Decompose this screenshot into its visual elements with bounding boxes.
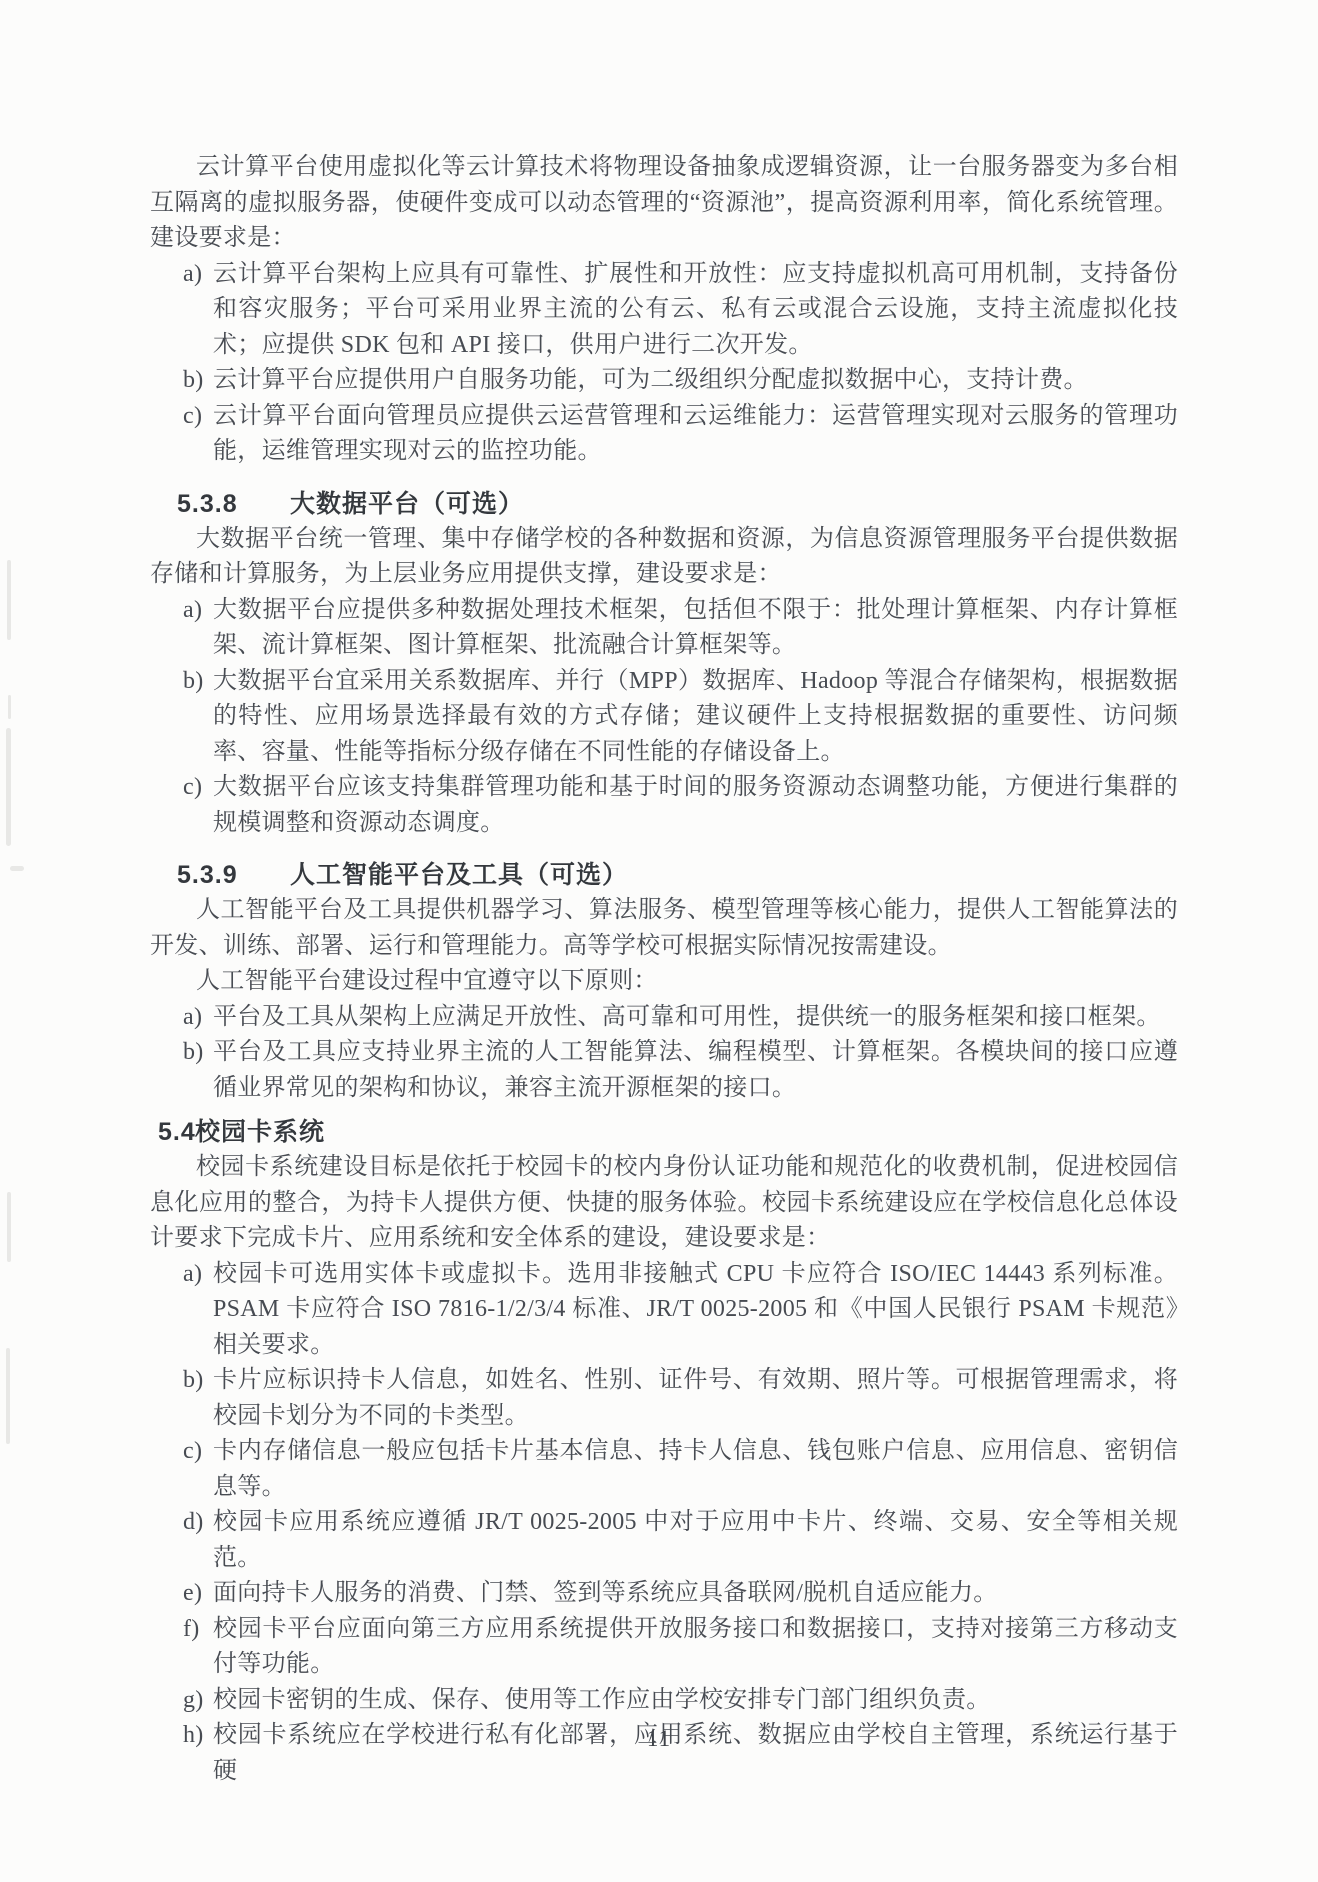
item-text: 平台及工具应支持业界主流的人工智能算法、编程模型、计算框架。各模块间的接口应遵循… [213, 1035, 1178, 1106]
list-item: d) 校园卡应用系统应遵循 JR/T 0025-2005 中对于应用中卡片、终端… [183, 1505, 1178, 1576]
heading-title: 大数据平台（可选） [290, 490, 524, 518]
item-text: 云计算平台应提供用户自服务功能，可为二级组织分配虚拟数据中心，支持计费。 [213, 363, 1178, 399]
item-text: 卡内存储信息一般应包括卡片基本信息、持卡人信息、钱包账户信息、应用信息、密钥信息… [213, 1434, 1178, 1505]
page-number: 11 [0, 1726, 1318, 1752]
heading-title: 校园卡系统 [195, 1118, 325, 1146]
list-card-requirements: a) 校园卡可选用实体卡或虚拟卡。选用非接触式 CPU 卡应符合 ISO/IEC… [150, 1257, 1178, 1790]
list-item: a) 云计算平台架构上应具有可靠性、扩展性和开放性：应支持虚拟机高可用机制，支持… [183, 257, 1178, 364]
scan-artifact [7, 1192, 11, 1262]
document-page: 云计算平台使用虚拟化等云计算技术将物理设备抽象成逻辑资源，让一台服务器变为多台相… [0, 0, 1318, 1882]
list-item: f) 校园卡平台应面向第三方应用系统提供开放服务接口和数据接口，支持对接第三方移… [183, 1612, 1178, 1683]
list-item: b) 卡片应标识持卡人信息，如姓名、性别、证件号、有效期、照片等。可根据管理需求… [183, 1363, 1178, 1434]
item-text: 云计算平台面向管理员应提供云运营管理和云运维能力：运营管理实现对云服务的管理功能… [213, 399, 1178, 470]
item-text: 面向持卡人服务的消费、门禁、签到等系统应具备联网/脱机自适应能力。 [213, 1576, 1178, 1612]
item-label: a) [183, 1000, 213, 1036]
scan-artifact [10, 866, 24, 871]
item-label: f) [183, 1612, 213, 1683]
list-item: c) 云计算平台面向管理员应提供云运营管理和云运维能力：运营管理实现对云服务的管… [183, 399, 1178, 470]
list-ai-principles: a) 平台及工具从架构上应满足开放性、高可靠和可用性，提供统一的服务框架和接口框… [150, 1000, 1178, 1107]
heading-5-4: 5.4校园卡系统 [150, 1114, 1178, 1150]
paragraph-cloud-intro: 云计算平台使用虚拟化等云计算技术将物理设备抽象成逻辑资源，让一台服务器变为多台相… [150, 150, 1178, 257]
heading-number: 5.3.9 [177, 857, 290, 893]
item-text: 校园卡平台应面向第三方应用系统提供开放服务接口和数据接口，支持对接第三方移动支付… [213, 1612, 1178, 1683]
paragraph-ai-intro: 人工智能平台及工具提供机器学习、算法服务、模型管理等核心能力，提供人工智能算法的… [150, 893, 1178, 964]
list-item: e) 面向持卡人服务的消费、门禁、签到等系统应具备联网/脱机自适应能力。 [183, 1576, 1178, 1612]
list-item: a) 校园卡可选用实体卡或虚拟卡。选用非接触式 CPU 卡应符合 ISO/IEC… [183, 1257, 1178, 1364]
item-label: e) [183, 1576, 213, 1612]
paragraph-ai-principles-lead: 人工智能平台建设过程中宜遵守以下原则： [150, 964, 1178, 1000]
list-item: c) 大数据平台应该支持集群管理功能和基于时间的服务资源动态调整功能，方便进行集… [183, 770, 1178, 841]
item-label: d) [183, 1505, 213, 1576]
list-item: c) 卡内存储信息一般应包括卡片基本信息、持卡人信息、钱包账户信息、应用信息、密… [183, 1434, 1178, 1505]
item-text: 校园卡可选用实体卡或虚拟卡。选用非接触式 CPU 卡应符合 ISO/IEC 14… [213, 1257, 1178, 1364]
scan-artifact [6, 1348, 10, 1444]
heading-5-3-8: 5.3.8大数据平台（可选） [150, 486, 1178, 522]
item-label: b) [183, 1363, 213, 1434]
item-label: g) [183, 1683, 213, 1719]
item-label: b) [183, 664, 213, 771]
item-text: 卡片应标识持卡人信息，如姓名、性别、证件号、有效期、照片等。可根据管理需求，将校… [213, 1363, 1178, 1434]
item-label: c) [183, 399, 213, 470]
item-label: b) [183, 1035, 213, 1106]
heading-title: 人工智能平台及工具（可选） [290, 861, 628, 889]
item-label: a) [183, 593, 213, 664]
item-label: c) [183, 1434, 213, 1505]
document-body: 云计算平台使用虚拟化等云计算技术将物理设备抽象成逻辑资源，让一台服务器变为多台相… [150, 150, 1178, 1789]
item-text: 大数据平台宜采用关系数据库、并行（MPP）数据库、Hadoop 等混合存储架构，… [213, 664, 1178, 771]
item-text: 平台及工具从架构上应满足开放性、高可靠和可用性，提供统一的服务框架和接口框架。 [213, 1000, 1178, 1036]
list-item: b) 平台及工具应支持业界主流的人工智能算法、编程模型、计算框架。各模块间的接口… [183, 1035, 1178, 1106]
heading-5-3-9: 5.3.9人工智能平台及工具（可选） [150, 857, 1178, 893]
list-item: b) 云计算平台应提供用户自服务功能，可为二级组织分配虚拟数据中心，支持计费。 [183, 363, 1178, 399]
heading-number: 5.4 [158, 1114, 195, 1150]
item-label: b) [183, 363, 213, 399]
heading-number: 5.3.8 [177, 486, 290, 522]
list-cloud-requirements: a) 云计算平台架构上应具有可靠性、扩展性和开放性：应支持虚拟机高可用机制，支持… [150, 257, 1178, 470]
item-text: 校园卡应用系统应遵循 JR/T 0025-2005 中对于应用中卡片、终端、交易… [213, 1505, 1178, 1576]
list-item: b) 大数据平台宜采用关系数据库、并行（MPP）数据库、Hadoop 等混合存储… [183, 664, 1178, 771]
scan-artifact [6, 728, 11, 846]
item-text: 大数据平台应该支持集群管理功能和基于时间的服务资源动态调整功能，方便进行集群的规… [213, 770, 1178, 841]
item-text: 大数据平台应提供多种数据处理技术框架，包括但不限于：批处理计算框架、内存计算框架… [213, 593, 1178, 664]
scan-artifact [7, 560, 11, 640]
item-text: 校园卡密钥的生成、保存、使用等工作应由学校安排专门部门组织负责。 [213, 1683, 1178, 1719]
list-item: a) 平台及工具从架构上应满足开放性、高可靠和可用性，提供统一的服务框架和接口框… [183, 1000, 1178, 1036]
list-bigdata-requirements: a) 大数据平台应提供多种数据处理技术框架，包括但不限于：批处理计算框架、内存计… [150, 593, 1178, 842]
item-text: 云计算平台架构上应具有可靠性、扩展性和开放性：应支持虚拟机高可用机制，支持备份和… [213, 257, 1178, 364]
list-item: a) 大数据平台应提供多种数据处理技术框架，包括但不限于：批处理计算框架、内存计… [183, 593, 1178, 664]
paragraph-bigdata-intro: 大数据平台统一管理、集中存储学校的各种数据和资源，为信息资源管理服务平台提供数据… [150, 522, 1178, 593]
item-label: a) [183, 257, 213, 364]
paragraph-card-intro: 校园卡系统建设目标是依托于校园卡的校内身份认证功能和规范化的收费机制，促进校园信… [150, 1150, 1178, 1257]
item-label: c) [183, 770, 213, 841]
item-label: a) [183, 1257, 213, 1364]
scan-artifact [8, 695, 11, 719]
list-item: g) 校园卡密钥的生成、保存、使用等工作应由学校安排专门部门组织负责。 [183, 1683, 1178, 1719]
